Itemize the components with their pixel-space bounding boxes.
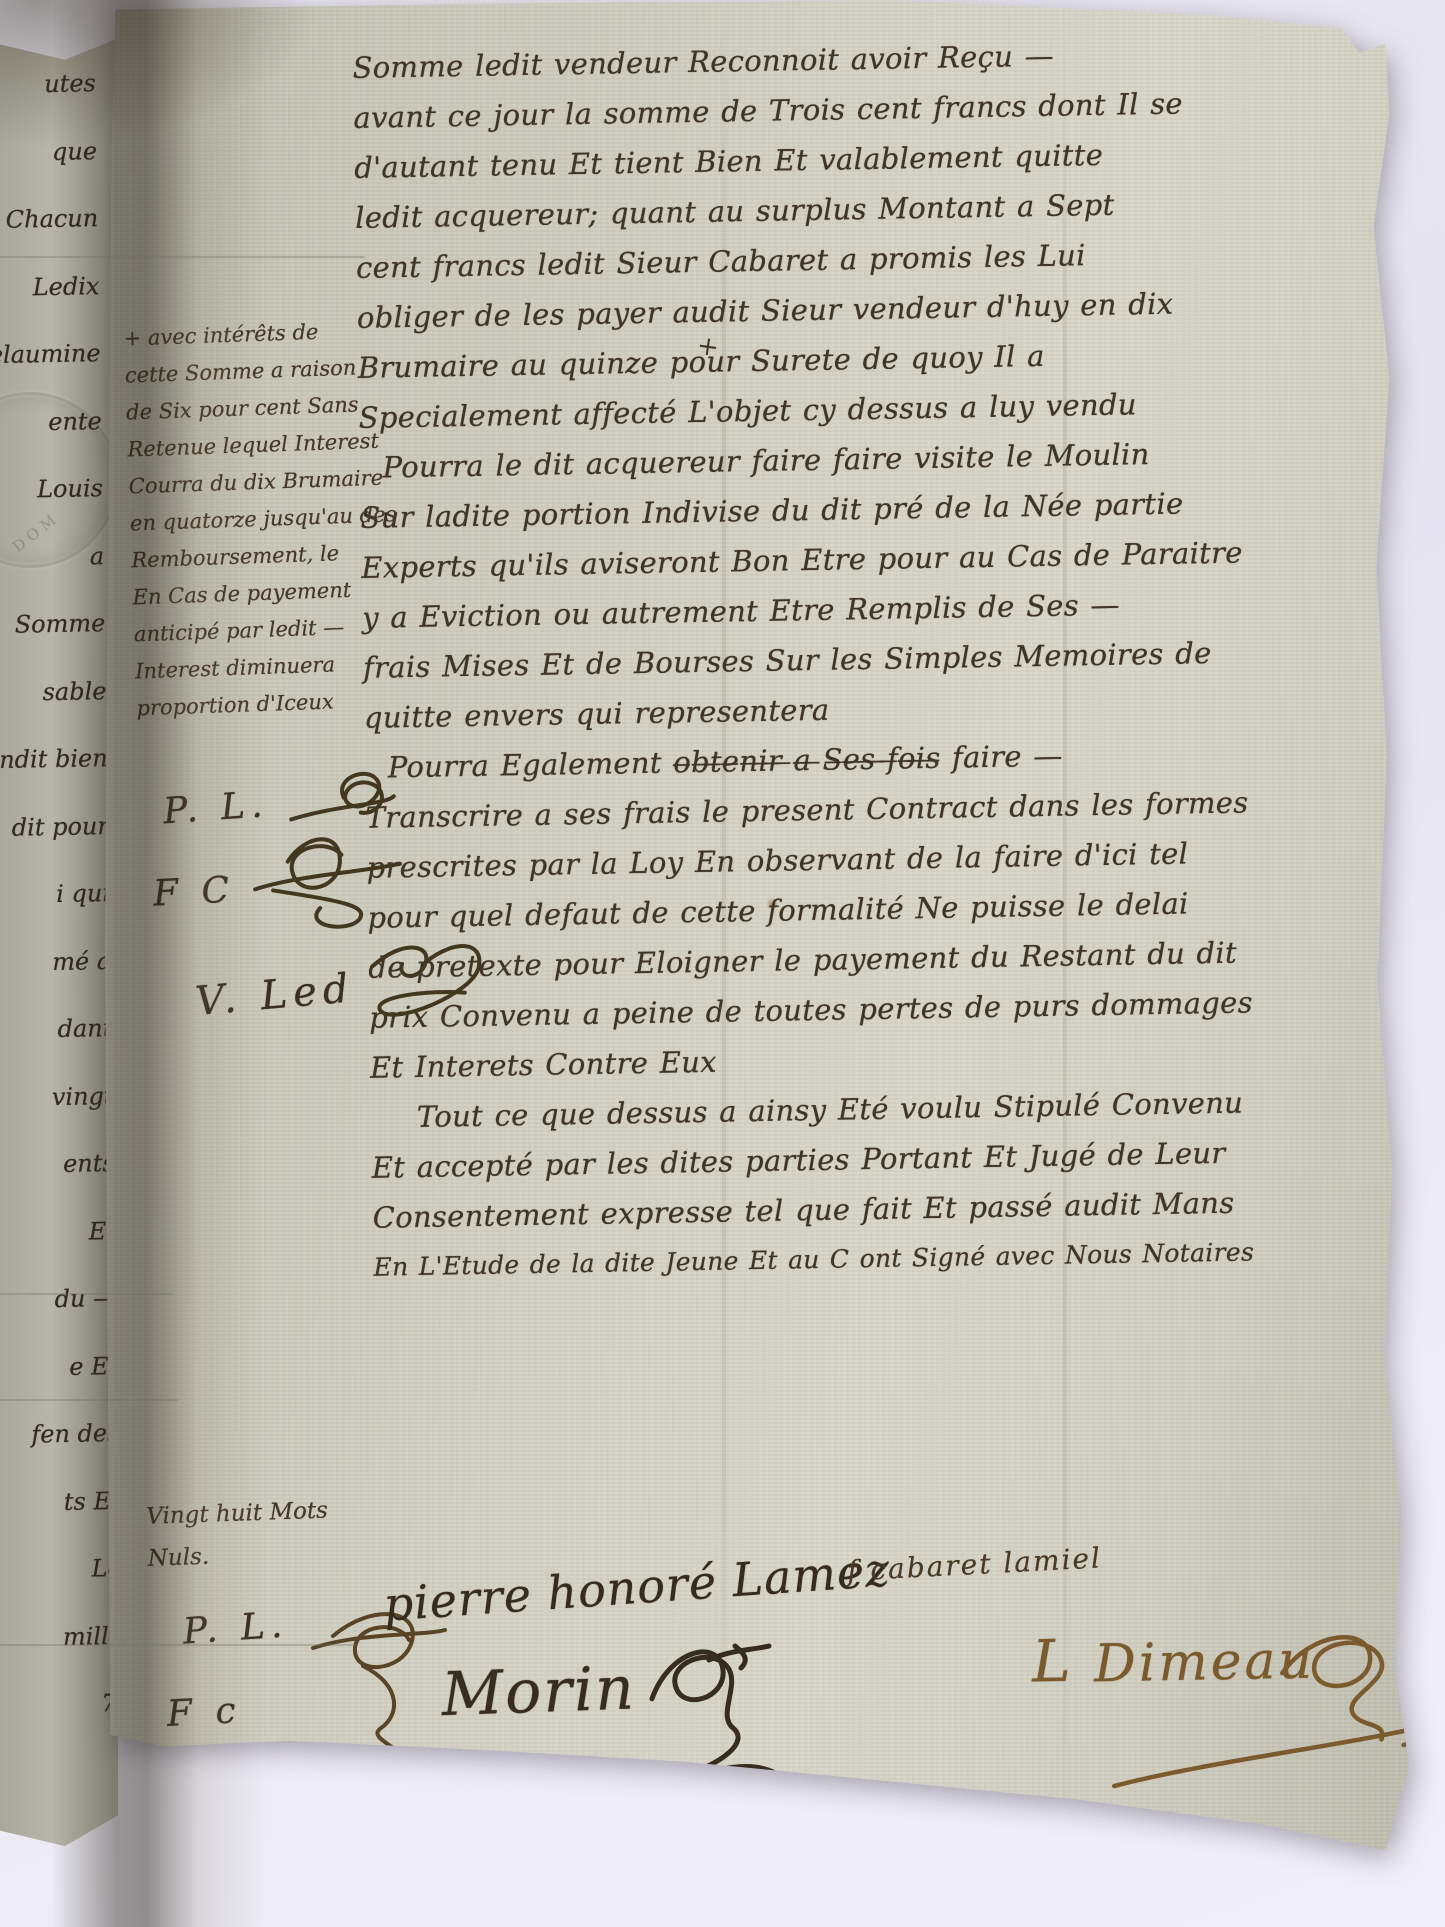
- ruled-line: [0, 256, 365, 258]
- margin-note-line: Nuls.: [147, 1530, 368, 1580]
- signature-dimeau: L Dimeau: [1031, 1615, 1434, 1812]
- text-fragment: ente: [48, 407, 102, 436]
- ruled-line: [0, 1644, 358, 1646]
- insertion-caret-mark: +: [695, 331, 721, 364]
- margin-note-words-null: Vingt huit MotsNuls.: [146, 1488, 369, 1580]
- signature-dimeau-initial: L: [1031, 1627, 1071, 1696]
- signature-dimeau-paraph: [1251, 1610, 1444, 1803]
- text-fragment: a: [90, 542, 105, 570]
- margin-note-line: proportion d'Iceux: [136, 681, 392, 727]
- paraph-flourish: [364, 924, 522, 1037]
- text-fragment: Somme: [14, 609, 105, 639]
- photograph-of-notarial-manuscript: DOM utesquede ChacunLedixDelaumineenteLo…: [0, 0, 1445, 1927]
- notary-initials: V. Led: [194, 965, 357, 1025]
- text-fragment: dit pour: [12, 812, 110, 842]
- ruled-line: [0, 1293, 172, 1295]
- initials-row: F C: [150, 825, 411, 948]
- signature-morin: Morin: [440, 1632, 1026, 1822]
- paraph-flourish: [246, 825, 412, 943]
- text-fragment: utes: [44, 69, 96, 98]
- notary-initials: F c: [166, 1690, 243, 1735]
- text-fragment: ndit bien: [0, 744, 108, 774]
- text-fragment: Ledix: [32, 272, 99, 301]
- text-fragment: Delaumine: [0, 339, 101, 369]
- text-fragment: mé a: [52, 947, 111, 976]
- signature-morin-paraph: [610, 1626, 1036, 1821]
- margin-note-interest: + avec intérêts decette Somme a raisonde…: [123, 312, 392, 728]
- text-fragment: de Chacun: [0, 204, 98, 234]
- act-body-text: Somme ledit vendeur Reconnoit avoir Reçu…: [352, 29, 1154, 1292]
- manuscript-page: Somme ledit vendeur Reconnoit avoir Reçu…: [105, 0, 1417, 1890]
- text-fragment: sable: [42, 677, 106, 706]
- notary-initials: P. L.: [162, 784, 270, 832]
- text-fragment: i qui: [56, 879, 110, 908]
- manuscript-page-wrap: Somme ledit vendeur Reconnoit avoir Reçu…: [105, 0, 1417, 1890]
- signature-morin-name: Morin: [440, 1653, 636, 1730]
- text-fragment: que: [52, 137, 98, 166]
- ruled-line: [0, 1399, 178, 1401]
- signature-pierre-honore-lamez: pierre honoré Lamez: [382, 1542, 892, 1631]
- paper-stain: [135, 1836, 161, 1850]
- initials-row: F c: [166, 1690, 243, 1735]
- text-fragment: Louis: [37, 474, 103, 503]
- left-page-edge: DOM utesquede ChacunLedixDelaumineenteLo…: [0, 0, 118, 1927]
- notary-initials: F C: [152, 869, 236, 914]
